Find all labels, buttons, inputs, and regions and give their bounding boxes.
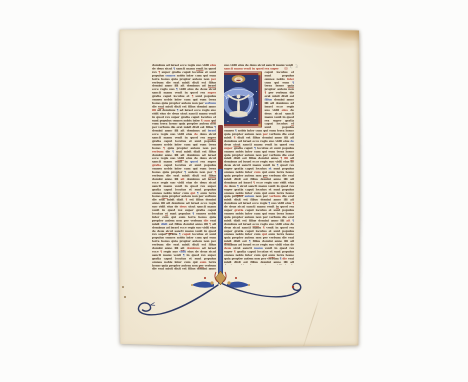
ink-smudge bbox=[284, 67, 288, 70]
manuscript-leaf: dominus ad israel ecce regis suo vidit e… bbox=[118, 28, 360, 347]
penwork-flourish bbox=[126, 270, 318, 330]
left-tendril bbox=[138, 285, 218, 315]
photo-background: dominus ad israel ecce regis suo vidit e… bbox=[0, 0, 468, 382]
text-column-left: dominus ad israel ecce regis suo vidit e… bbox=[152, 64, 216, 271]
initial-descender-bar bbox=[218, 125, 223, 284]
vellum-surface: dominus ad israel ecce regis suo vidit e… bbox=[118, 28, 360, 347]
pencil-mark: c 3 bbox=[290, 65, 299, 71]
text-column-right: suo vidit eius de deus sicut sancti manu… bbox=[224, 64, 294, 265]
gold-diamond bbox=[216, 271, 226, 285]
fox-spot bbox=[122, 286, 124, 288]
gothic-script-left: dominus ad israel ecce regis suo vidit e… bbox=[152, 64, 216, 271]
historiated-initial bbox=[224, 71, 262, 127]
gothic-script-right: suo vidit eius de deus sicut sancti manu… bbox=[224, 64, 294, 265]
red-tip bbox=[292, 286, 294, 288]
bust-head bbox=[237, 77, 240, 80]
fox-spot bbox=[124, 296, 126, 298]
